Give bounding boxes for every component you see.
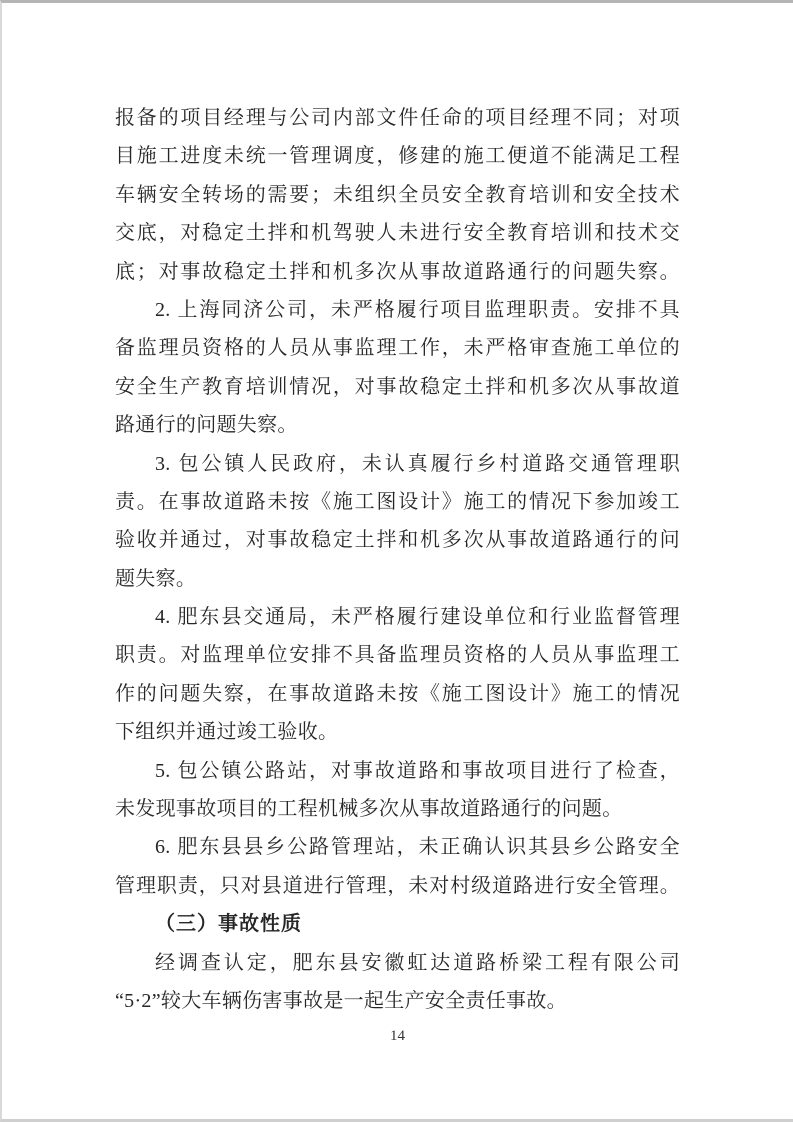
paragraph: 2. 上海同济公司，未严格履行项目监理职责。安排不具备监理员资格的人员从事监理工… <box>115 291 680 445</box>
text-line: 职责。对监理单位安排不具备监理员资格的人员从事监理工 <box>115 636 680 674</box>
text-line: 5. 包公镇公路站，对事故道路和事故项目进行了检查， <box>115 752 680 790</box>
text-line: 责。在事故道路未按《施工图设计》施工的情况下参加竣工 <box>115 483 680 521</box>
paragraph: 3. 包公镇人民政府，未认真履行乡村道路交通管理职责。在事故道路未按《施工图设计… <box>115 445 680 599</box>
text-line: 下组织并通过竣工验收。 <box>115 713 680 751</box>
paragraph: 报备的项目经理与公司内部文件任命的项目经理不同；对项目施工进度未统一管理调度，修… <box>115 99 680 291</box>
text-line: 4. 肥东县交通局，未严格履行建设单位和行业监督管理 <box>115 598 680 636</box>
paragraph: 5. 包公镇公路站，对事故道路和事故项目进行了检查，未发现事故项目的工程机械多次… <box>115 752 680 829</box>
paragraph: 经调查认定，肥东县安徽虹达道路桥梁工程有限公司“5·2”较大车辆伤害事故是一起生… <box>115 944 680 1021</box>
text-line: 验收并通过，对事故稳定土拌和机多次从事故道路通行的问 <box>115 521 680 559</box>
text-line: 管理职责，只对县道进行管理，未对村级道路进行安全管理。 <box>115 867 680 905</box>
text-line: “5·2”较大车辆伤害事故是一起生产安全责任事故。 <box>115 982 680 1020</box>
text-line: 未发现事故项目的工程机械多次从事故道路通行的问题。 <box>115 790 680 828</box>
text-line: 题失察。 <box>115 560 680 598</box>
text-line: 目施工进度未统一管理调度，修建的施工便道不能满足工程 <box>115 137 680 175</box>
document-page: 报备的项目经理与公司内部文件任命的项目经理不同；对项目施工进度未统一管理调度，修… <box>0 0 793 1122</box>
text-line: 报备的项目经理与公司内部文件任命的项目经理不同；对项 <box>115 99 680 137</box>
text-line: （三）事故性质 <box>115 905 680 943</box>
text-line: 6. 肥东县县乡公路管理站，未正确认识其县乡公路安全 <box>115 828 680 866</box>
text-line: 路通行的问题失察。 <box>115 406 680 444</box>
text-line: 交底，对稳定土拌和机驾驶人未进行安全教育培训和技术交 <box>115 214 680 252</box>
text-line: 2. 上海同济公司，未严格履行项目监理职责。安排不具 <box>115 291 680 329</box>
section-heading: （三）事故性质 <box>115 905 680 943</box>
text-line: 安全生产教育培训情况，对事故稳定土拌和机多次从事故道 <box>115 368 680 406</box>
text-line: 底；对事故稳定土拌和机多次从事故道路通行的问题失察。 <box>115 253 680 291</box>
text-line: 备监理员资格的人员从事监理工作，未严格审查施工单位的 <box>115 329 680 367</box>
paragraph: 6. 肥东县县乡公路管理站，未正确认识其县乡公路安全管理职责，只对县道进行管理，… <box>115 828 680 905</box>
text-line: 作的问题失察，在事故道路未按《施工图设计》施工的情况 <box>115 675 680 713</box>
text-line: 车辆安全转场的需要；未组织全员安全教育培训和安全技术 <box>115 176 680 214</box>
text-line: 经调查认定，肥东县安徽虹达道路桥梁工程有限公司 <box>115 944 680 982</box>
page-body: 报备的项目经理与公司内部文件任命的项目经理不同；对项目施工进度未统一管理调度，修… <box>115 99 680 1020</box>
paragraph: 4. 肥东县交通局，未严格履行建设单位和行业监督管理职责。对监理单位安排不具备监… <box>115 598 680 752</box>
page-number: 14 <box>2 1028 793 1045</box>
text-line: 3. 包公镇人民政府，未认真履行乡村道路交通管理职 <box>115 445 680 483</box>
